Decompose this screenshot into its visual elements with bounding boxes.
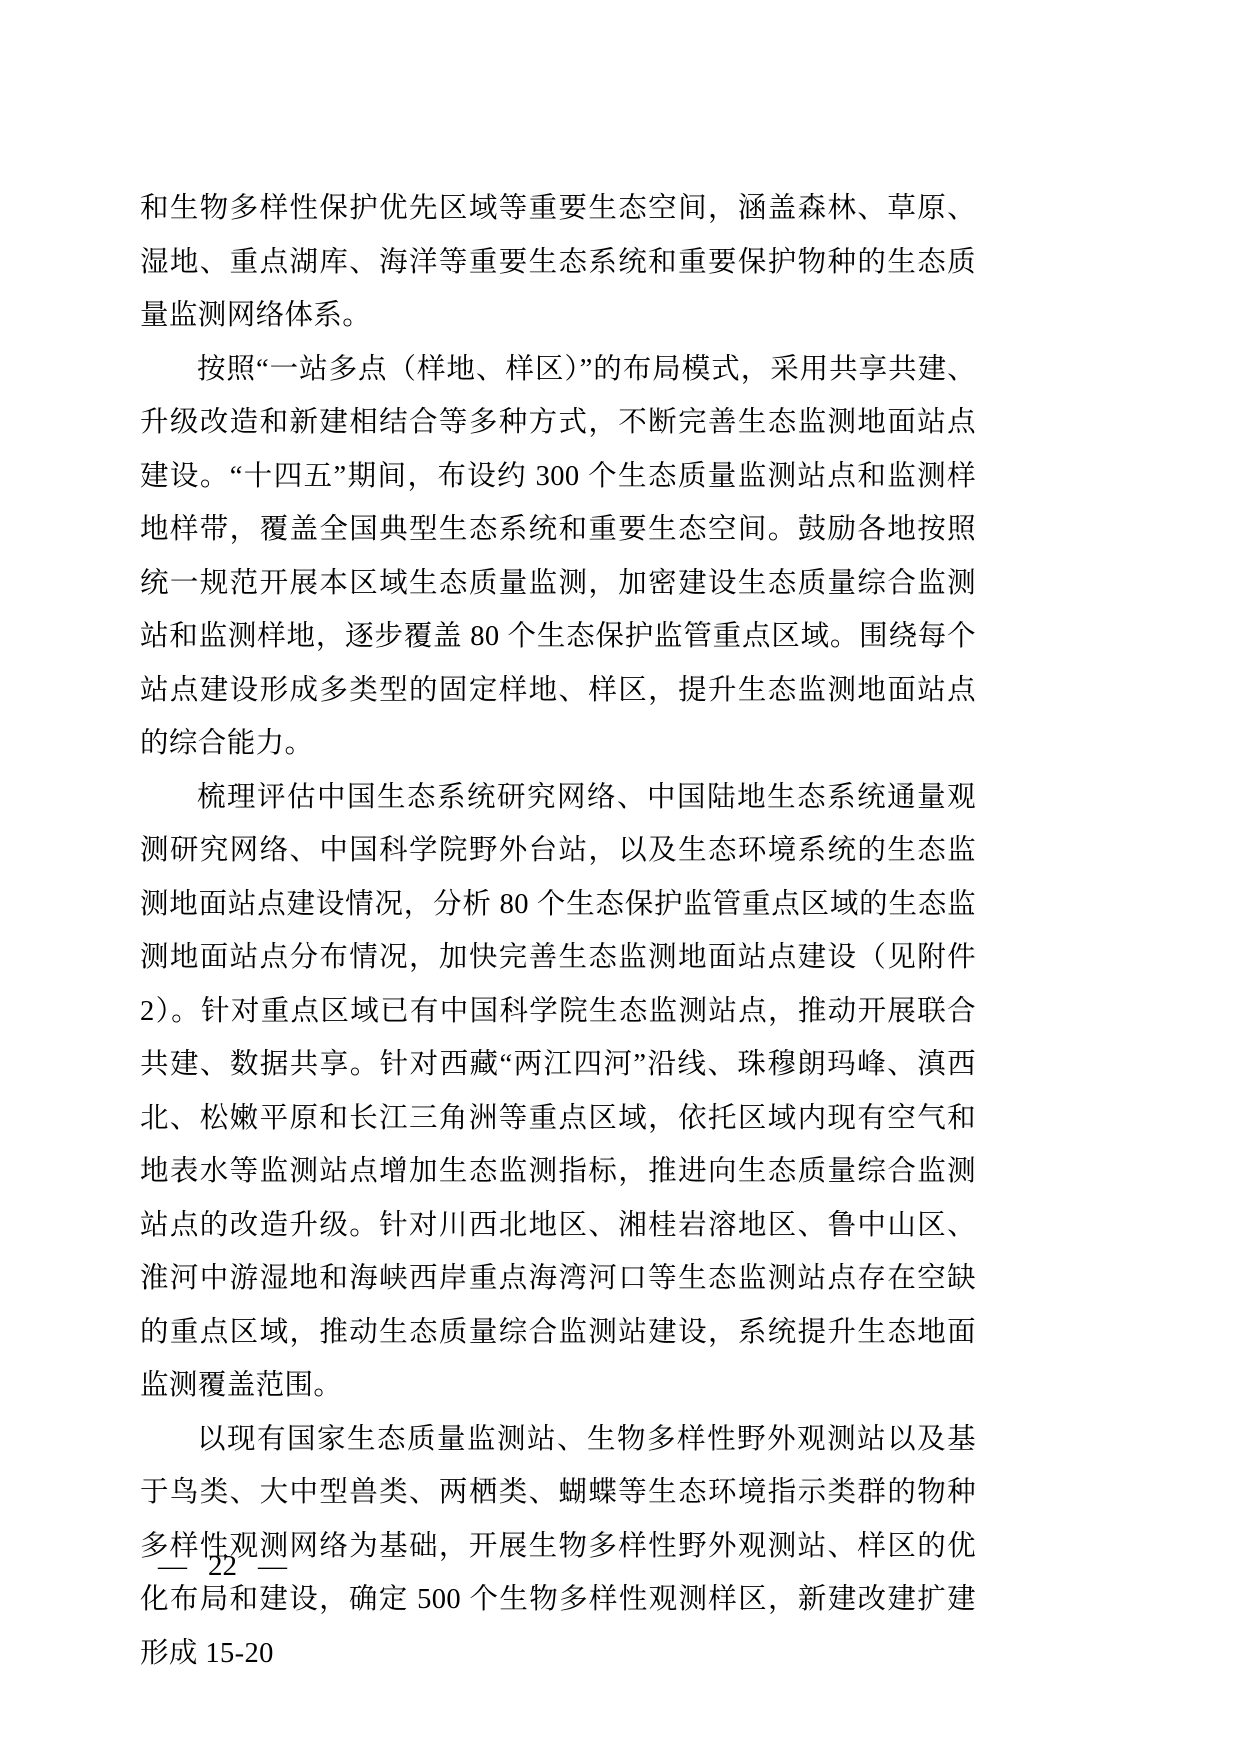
paragraph-continuation: 和生物多样性保护优先区域等重要生态空间，涵盖森林、草原、湿地、重点湖库、海洋等重… <box>140 182 976 343</box>
paragraph-network-assessment: 梳理评估中国生态系统研究网络、中国陆地生态系统通量观测研究网络、中国科学院野外台… <box>140 771 976 1413</box>
page-number-dash-left: — <box>158 1546 187 1586</box>
document-page: 和生物多样性保护优先区域等重要生态空间，涵盖森林、草原、湿地、重点湖库、海洋等重… <box>0 0 1240 1754</box>
paragraph-station-layout: 按照“一站多点（样地、样区）”的布局模式，采用共享共建、升级改造和新建相结合等多… <box>140 343 976 771</box>
page-number-value: 22 <box>208 1546 237 1586</box>
page-number: — 22 — <box>158 1546 287 1586</box>
page-body-text: 和生物多样性保护优先区域等重要生态空间，涵盖森林、草原、湿地、重点湖库、海洋等重… <box>140 182 976 1680</box>
page-number-dash-right: — <box>258 1546 287 1586</box>
